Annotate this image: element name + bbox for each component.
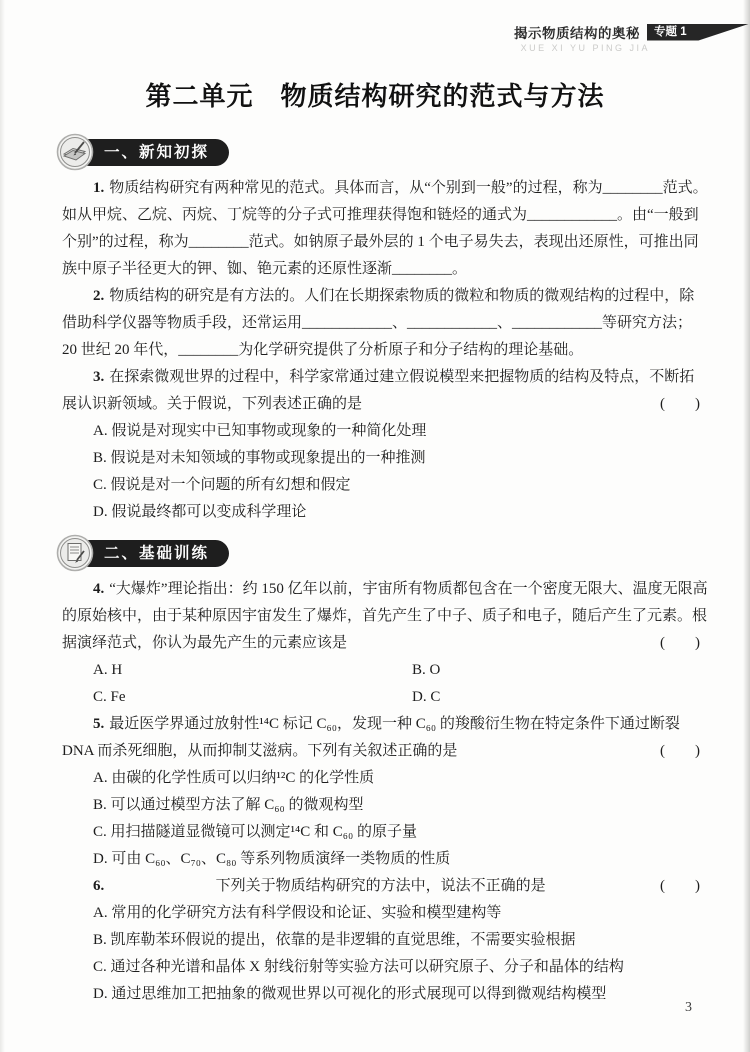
section-badge-label: 一、新知初探 [76, 139, 229, 166]
answer-bracket: ( ) [660, 630, 700, 657]
question-text: 物质结构的研究是有方法的。人们在长期探索物质的微粒和物质的微观结构的过程中，除 [109, 288, 694, 304]
option-item: A. 由碳的化学性质可以归纳¹²C 的化学性质 [62, 765, 700, 792]
question-text: 最近医学界通过放射性¹⁴C 标记 C₆₀，发现一种 C₆₀ 的羧酸衍生物在特定条… [109, 716, 680, 732]
section-badge-row: 二、基础训练 [56, 538, 750, 568]
emphasized-char: 不 [471, 878, 486, 894]
option-item: D. C [381, 684, 700, 711]
page-header: 揭示物质结构的奥秘 专题 1 XUE XI YU PING JIA [514, 22, 750, 53]
section-badge-row: 一、新知初探 [56, 137, 750, 167]
option-item: B. 可以通过模型方法了解 C₆₀ 的微观构型 [62, 792, 700, 819]
question-line: 如从甲烷、乙烷、丙烷、丁烷等的分子式可推理获得饱和链烃的通式为_________… [62, 202, 700, 229]
question-line: DNA 而杀死细胞，从而抑制艾滋病。下列有关叙述正确的是( ) [62, 738, 700, 765]
question-line: 1.物质结构研究有两种常见的范式。具体而言，从“个别到一般”的过程，称为____… [62, 175, 700, 202]
options-list: A. 假说是对现实中已知事物或现象的一种简化处理B. 假说是对未知领域的事物或现… [62, 418, 700, 526]
option-item: B. O [381, 657, 700, 684]
question-line: 借助科学仪器等物质手段，还常运用____________、___________… [62, 310, 700, 337]
option-item: C. 通过各种光谱和晶体 X 射线衍射等实验方法可以研究原子、分子和晶体的结构 [62, 954, 700, 981]
document-pencil-icon [56, 534, 94, 572]
question-text: 个别”的过程，称为________范式。如钠原子最外层的 1 个电子易失去，表现… [62, 234, 699, 250]
option-item: A. 常用的化学研究方法有科学假设和论证、实验和模型建构等 [62, 900, 700, 927]
option-item: D. 假说最终都可以变成科学理论 [62, 499, 700, 526]
options-list: A. 由碳的化学性质可以归纳¹²C 的化学性质B. 可以通过模型方法了解 C₆₀… [62, 765, 700, 873]
question-text: 据演绎范式，你认为最先产生的元素应该是 [62, 630, 347, 657]
question-number: 3. [93, 369, 104, 385]
question-number: 1. [93, 180, 104, 196]
option-item: B. 假说是对未知领域的事物或现象提出的一种推测 [62, 445, 700, 472]
question-block: 2.物质结构的研究是有方法的。人们在长期探索物质的微粒和物质的微观结构的过程中，… [62, 283, 700, 364]
answer-bracket: ( ) [660, 391, 700, 418]
question-block: 3.在探索微观世界的过程中，科学家常通过建立假说模型来把握物质的结构及特点，不断… [62, 364, 700, 526]
question-block: 1.物质结构研究有两种常见的范式。具体而言，从“个别到一般”的过程，称为____… [62, 175, 700, 283]
question-number: 6. [93, 873, 104, 900]
option-item: A. 假说是对现实中已知事物或现象的一种简化处理 [62, 418, 700, 445]
question-number: 2. [93, 288, 104, 304]
option-item: D. 通过思维加工把抽象的微观世界以可视化的形式展现可以得到微观结构模型 [62, 981, 700, 1008]
notebook-pencil-icon [56, 133, 94, 171]
question-text: 下列关于物质结构研究的方法中，说法不正确的是 [216, 873, 546, 900]
question-line: 4.“大爆炸”理论指出：约 150 亿年以前，宇宙所有物质都包含在一个密度无限大… [62, 576, 700, 603]
answer-bracket: ( ) [660, 738, 700, 765]
question-text: 的原始核中，由于某种原因宇宙发生了爆炸，首先产生了中子、质子和电子，随后产生了元… [62, 608, 707, 624]
question-number: 4. [93, 581, 104, 597]
worksheet-section: 一、新知初探1.物质结构研究有两种常见的范式。具体而言，从“个别到一般”的过程，… [0, 137, 750, 526]
question-line: 展认识新领域。关于假说，下列表述正确的是( ) [62, 391, 700, 418]
question-line: 据演绎范式，你认为最先产生的元素应该是( ) [62, 630, 700, 657]
question-block: 4.“大爆炸”理论指出：约 150 亿年以前，宇宙所有物质都包含在一个密度无限大… [62, 576, 700, 711]
option-item: C. 假说是对一个问题的所有幻想和假定 [62, 472, 700, 499]
chapter-badge-ribbon: 专题 1 [647, 24, 750, 41]
question-line: 族中原子半径更大的钾、铷、铯元素的还原性逐渐________。 [62, 256, 700, 283]
option-item: C. Fe [62, 684, 381, 711]
question-block: 5.最近医学界通过放射性¹⁴C 标记 C₆₀，发现一种 C₆₀ 的羧酸衍生物在特… [62, 711, 700, 873]
question-text: 在探索微观世界的过程中，科学家常通过建立假说模型来把握物质的结构及特点，不断拓 [109, 369, 694, 385]
series-subtitle: XUE XI YU PING JIA [514, 43, 650, 53]
page-number: 3 [685, 1000, 692, 1016]
options-list: A. HB. OC. FeD. C [62, 657, 700, 711]
question-text: DNA 而杀死细胞，从而抑制艾滋病。下列有关叙述正确的是 [62, 738, 457, 765]
option-item: D. 可由 C₆₀、C₇₀、C₈₀ 等系列物质演绎一类物质的性质 [62, 846, 700, 873]
section-questions: 1.物质结构研究有两种常见的范式。具体而言，从“个别到一般”的过程，称为____… [62, 175, 700, 526]
unit-title: 第二单元 物质结构研究的范式与方法 [0, 76, 750, 113]
worksheet-section: 二、基础训练4.“大爆炸”理论指出：约 150 亿年以前，宇宙所有物质都包含在一… [0, 538, 750, 1008]
question-line: 个别”的过程，称为________范式。如钠原子最外层的 1 个电子易失去，表现… [62, 229, 700, 256]
worksheet-body: 一、新知初探1.物质结构研究有两种常见的范式。具体而言，从“个别到一般”的过程，… [0, 137, 750, 1008]
question-number: 5. [93, 716, 104, 732]
question-line: 6.下列关于物质结构研究的方法中，说法不正确的是( ) [62, 873, 700, 900]
option-item: B. 凯库勒苯环假说的提出，依靠的是非逻辑的直觉思维，不需要实验根据 [62, 927, 700, 954]
chapter-header-line: 揭示物质结构的奥秘 专题 1 [514, 22, 750, 42]
question-line: 20 世纪 20 年代，________为化学研究提供了分析原子和分子结构的理论… [62, 337, 700, 364]
options-list: A. 常用的化学研究方法有科学假设和论证、实验和模型建构等B. 凯库勒苯环假说的… [62, 900, 700, 1008]
option-item: C. 用扫描隧道显微镜可以测定¹⁴C 和 C₆₀ 的原子量 [62, 819, 700, 846]
question-line: 5.最近医学界通过放射性¹⁴C 标记 C₆₀，发现一种 C₆₀ 的羧酸衍生物在特… [62, 711, 700, 738]
section-badge-label: 二、基础训练 [76, 540, 229, 567]
question-text: “大爆炸”理论指出：约 150 亿年以前，宇宙所有物质都包含在一个密度无限大、温… [109, 581, 707, 597]
option-item: A. H [62, 657, 381, 684]
section-questions: 4.“大爆炸”理论指出：约 150 亿年以前，宇宙所有物质都包含在一个密度无限大… [62, 576, 700, 1008]
question-text: 展认识新领域。关于假说，下列表述正确的是 [62, 391, 362, 418]
answer-bracket: ( ) [660, 873, 700, 900]
question-text: 借助科学仪器等物质手段，还常运用____________、___________… [62, 315, 692, 331]
question-text: 20 世纪 20 年代，________为化学研究提供了分析原子和分子结构的理论… [62, 342, 583, 358]
question-text: 族中原子半径更大的钾、铷、铯元素的还原性逐渐________。 [62, 261, 467, 277]
question-text: 物质结构研究有两种常见的范式。具体而言，从“个别到一般”的过程，称为______… [109, 180, 707, 196]
question-block: 6.下列关于物质结构研究的方法中，说法不正确的是( )A. 常用的化学研究方法有… [62, 873, 700, 1008]
question-line: 3.在探索微观世界的过程中，科学家常通过建立假说模型来把握物质的结构及特点，不断… [62, 364, 700, 391]
question-line: 的原始核中，由于某种原因宇宙发生了爆炸，首先产生了中子、质子和电子，随后产生了元… [62, 603, 700, 630]
chapter-title: 揭示物质结构的奥秘 [514, 22, 640, 42]
question-line: 2.物质结构的研究是有方法的。人们在长期探索物质的微粒和物质的微观结构的过程中，… [62, 283, 700, 310]
question-text: 如从甲烷、乙烷、丙烷、丁烷等的分子式可推理获得饱和链烃的通式为_________… [62, 207, 699, 223]
